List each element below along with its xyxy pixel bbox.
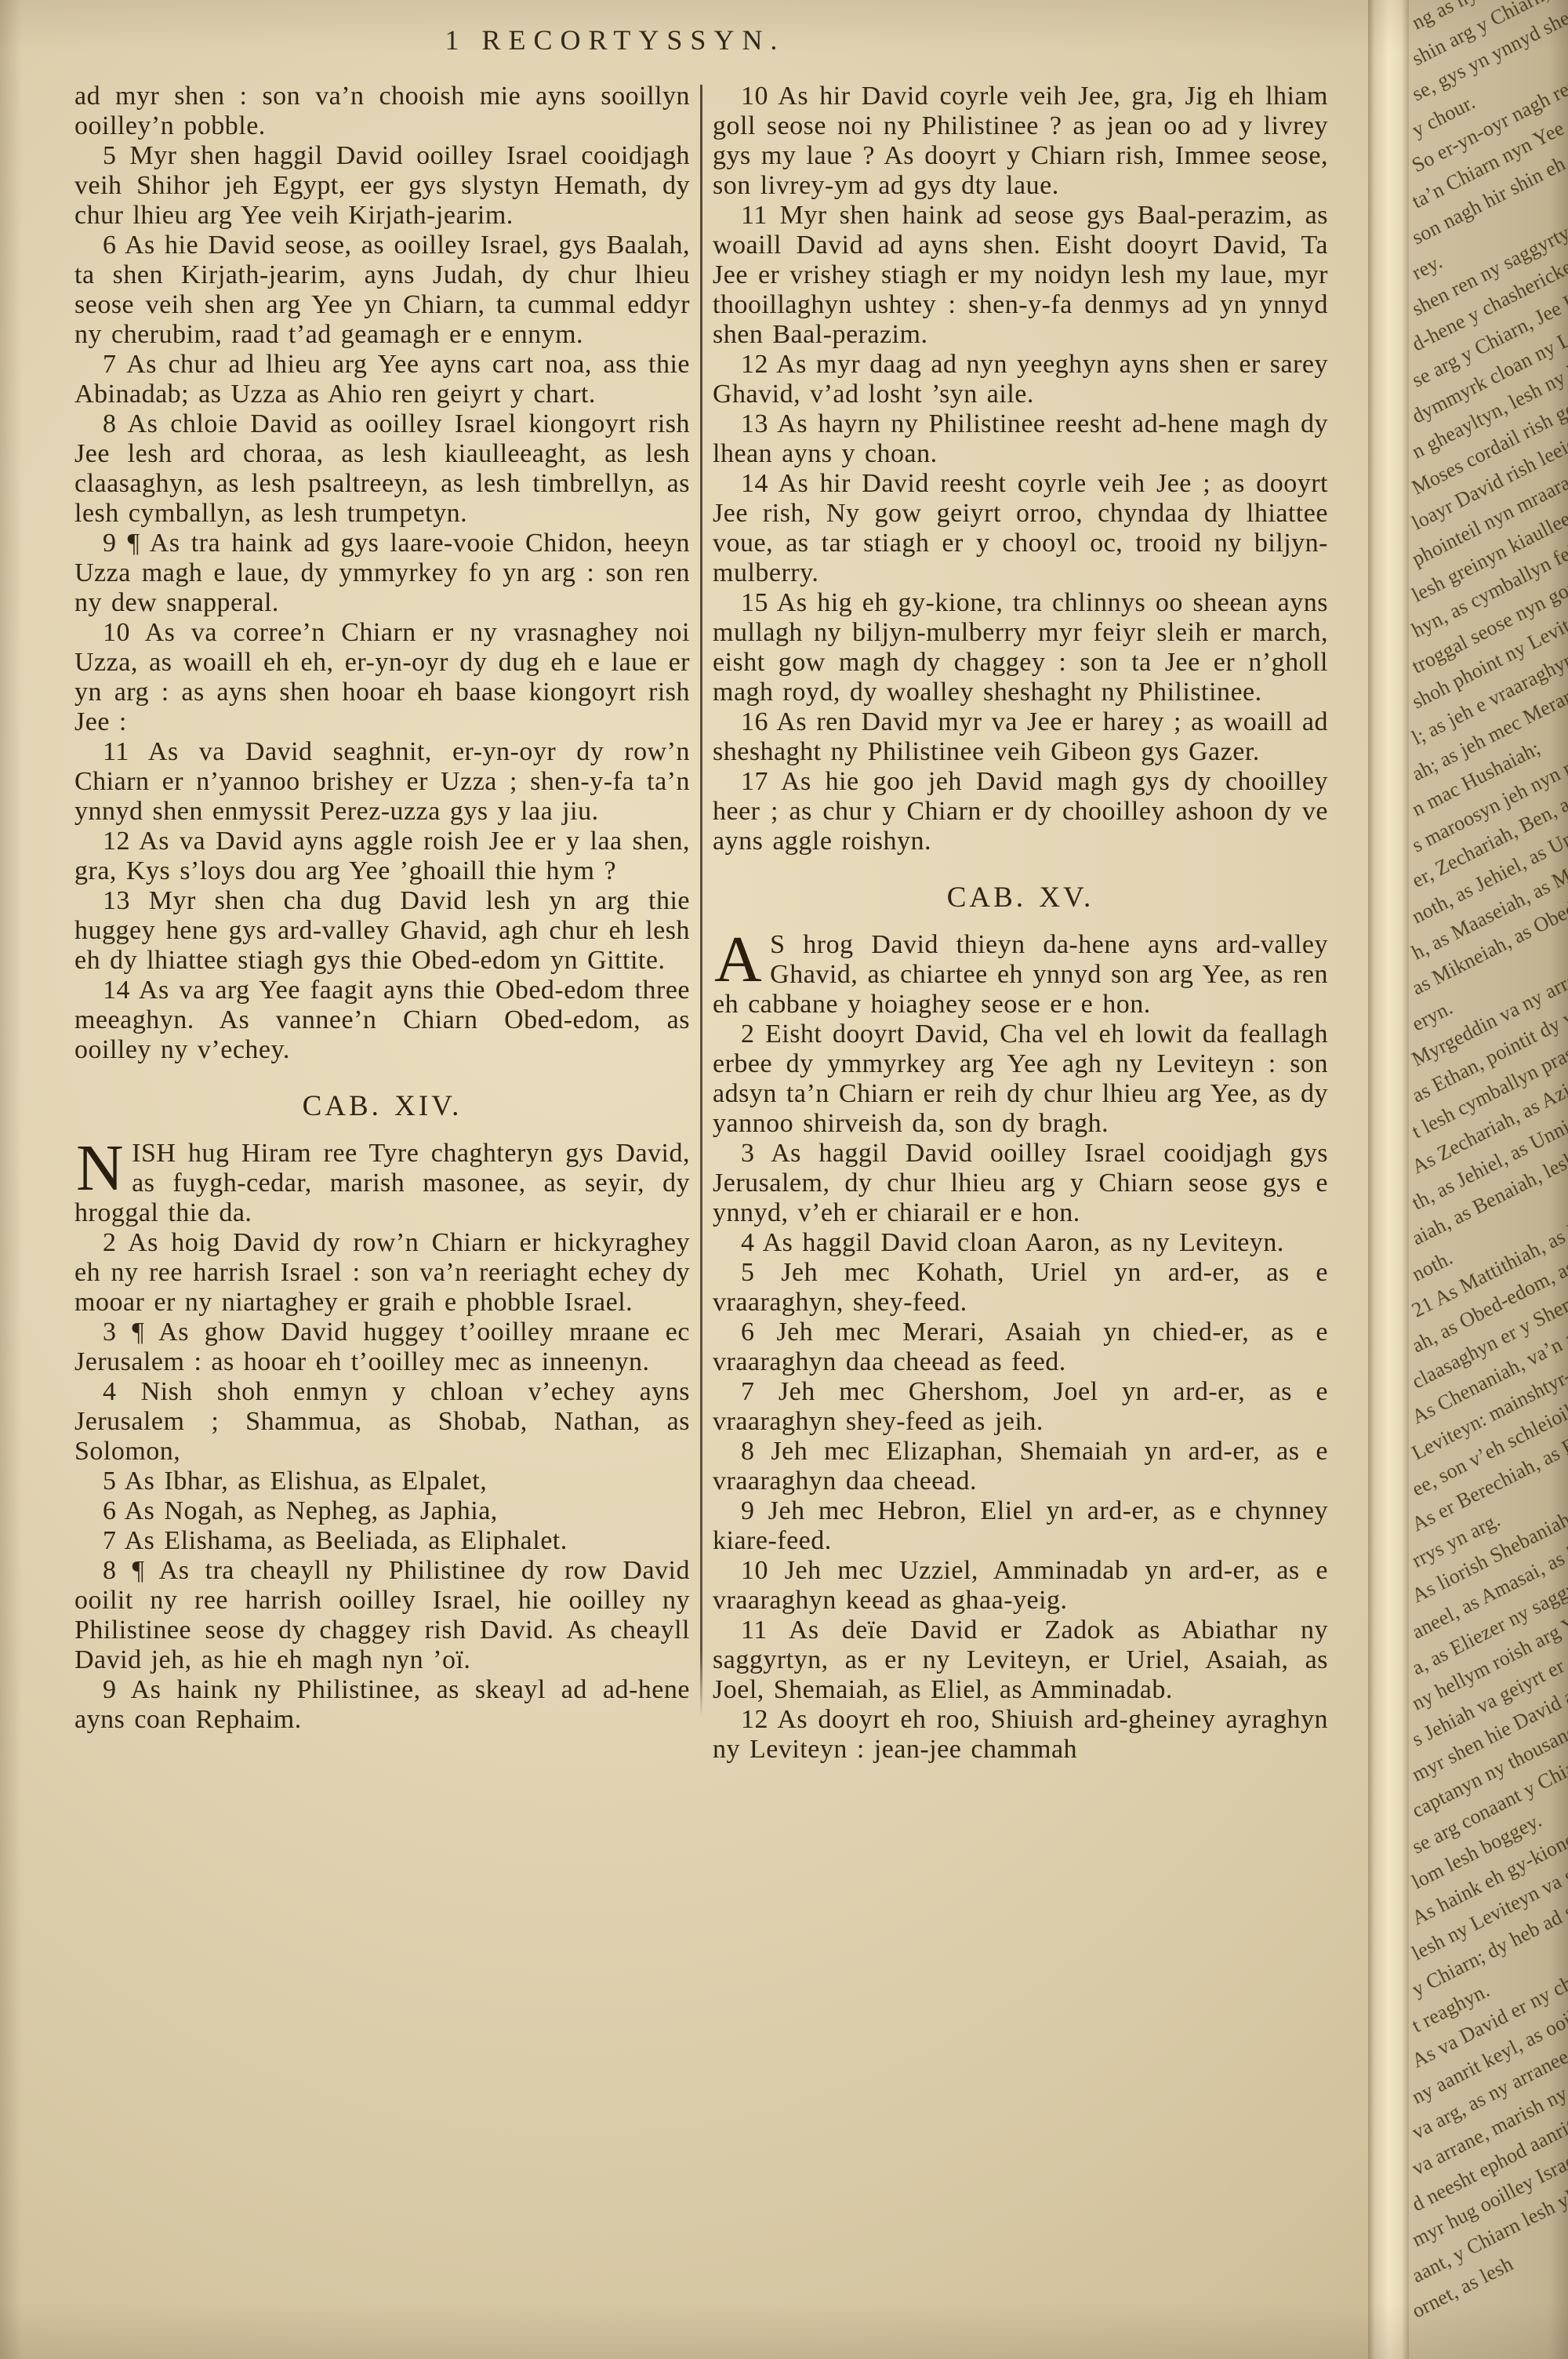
verse-paragraph: 3 As haggil David ooilley Israel cooidja… [713, 1139, 1328, 1228]
verse-paragraph: 9 Jeh mec Hebron, Eliel yn ard-er, as e … [713, 1496, 1328, 1556]
text-columns: ad myr shen : son va’n chooish mie ayns … [74, 82, 1333, 1765]
verse-paragraph: 12 As dooyrt eh roo, Shiuish ard-gheiney… [713, 1705, 1328, 1765]
verse-paragraph: 17 As hie goo jeh David magh gys dy choo… [713, 767, 1328, 856]
verse-paragraph: 4 Nish shoh enmyn y chloan v’echey ayns … [74, 1377, 690, 1467]
verse-paragraph: 11 Myr shen haink ad seose gys Baal-pera… [713, 201, 1328, 350]
drop-cap-lead: ISH [132, 1139, 188, 1168]
verse-paragraph: 13 Myr shen cha dug David lesh yn arg th… [74, 886, 690, 976]
verse-paragraph: 7 As chur ad lhieu arg Yee ayns cart noa… [74, 350, 690, 409]
continuation-paragraph: ad myr shen : son va’n chooish mie ayns … [74, 82, 690, 141]
verse-paragraph: 6 Jeh mec Merari, Asaiah yn chied-er, as… [713, 1318, 1328, 1377]
next-page-fragment: rey. [1409, 250, 1446, 285]
verse-paragraph: 4 As haggil David cloan Aaron, as ny Lev… [713, 1228, 1328, 1258]
verse-paragraph: 16 As ren David myr va Jee er harey ; as… [713, 707, 1328, 767]
chapter-heading: CAB. XIV. [74, 1092, 690, 1121]
verse-paragraph: 5 Myr shen haggil David ooilley Israel c… [74, 141, 690, 231]
verse-paragraph: 10 Jeh mec Uzziel, Amminadab yn ard-er, … [713, 1556, 1328, 1616]
verse-paragraph: NISH hug Hiram ree Tyre chaghteryn gys D… [74, 1139, 690, 1228]
verse-paragraph: 10 As hir David coyrle veih Jee, gra, Ji… [713, 82, 1328, 201]
verse-paragraph: 5 As Ibhar, as Elishua, as Elpalet, [74, 1467, 690, 1496]
verse-paragraph: 6 As hie David seose, as ooilley Israel,… [74, 231, 690, 350]
drop-cap-lead: S [770, 930, 803, 959]
column-divider [700, 85, 702, 1717]
verse-paragraph: 9 As haink ny Philistinee, as skeayl ad … [74, 1675, 690, 1735]
next-page-sliver: ng as nyn mraashin arg y Chiarn, Jee Isr… [1409, 0, 1568, 2359]
page-fore-edge [1368, 0, 1409, 2359]
book-page-photo: 1 RECORTYSSYN. ad myr shen : son va’n ch… [0, 0, 1568, 2359]
running-head: 1 RECORTYSSYN. [0, 24, 1299, 56]
verse-paragraph: 13 As hayrn ny Philistinee reesht ad-hen… [713, 409, 1328, 469]
verse-paragraph: 7 As Elishama, as Beeliada, as Eliphalet… [74, 1526, 690, 1556]
drop-cap-letter: A [713, 930, 770, 985]
verse-paragraph: 14 As va arg Yee faagit ayns thie Obed-e… [74, 976, 690, 1065]
left-page: 1 RECORTYSSYN. ad myr shen : son va’n ch… [0, 0, 1368, 2359]
verse-paragraph: 8 ¶ As tra cheayll ny Philistinee dy row… [74, 1556, 690, 1675]
verse-paragraph: 11 As va David seaghnit, er-yn-oyr dy ro… [74, 737, 690, 827]
text-column-right: 10 As hir David coyrle veih Jee, gra, Ji… [713, 82, 1328, 1765]
verse-paragraph: 8 As chloie David as ooilley Israel kion… [74, 409, 690, 529]
verse-paragraph: 7 Jeh mec Ghershom, Joel yn ard-er, as e… [713, 1377, 1328, 1437]
verse-paragraph: AS hrog David thieyn da-hene ayns ard-va… [713, 930, 1328, 1020]
verse-paragraph: 11 As deïe David er Zadok as Abiathar ny… [713, 1616, 1328, 1705]
verse-paragraph: 5 Jeh mec Kohath, Uriel yn ard-er, as e … [713, 1258, 1328, 1318]
verse-paragraph: 2 As hoig David dy row’n Chiarn er hicky… [74, 1228, 690, 1318]
verse-paragraph: 10 As va corree’n Chiarn er ny vrasnaghe… [74, 618, 690, 737]
text-column-left: ad myr shen : son va’n chooish mie ayns … [74, 82, 690, 1765]
verse-paragraph: 12 As va David ayns aggle roish Jee er y… [74, 827, 690, 886]
verse-paragraph: 12 As myr daag ad nyn yeeghyn ayns shen … [713, 350, 1328, 409]
chapter-heading: CAB. XV. [713, 883, 1328, 913]
drop-cap-letter: N [74, 1139, 132, 1194]
verse-paragraph: 8 Jeh mec Elizaphan, Shemaiah yn ard-er,… [713, 1437, 1328, 1496]
verse-paragraph: 3 ¶ As ghow David huggey t’ooilley mraan… [74, 1318, 690, 1377]
verse-paragraph: 9 ¶ As tra haink ad gys laare-vooie Chid… [74, 529, 690, 618]
verse-paragraph: 6 As Nogah, as Nepheg, as Japhia, [74, 1496, 690, 1526]
verse-paragraph: 2 Eisht dooyrt David, Cha vel eh lowit d… [713, 1020, 1328, 1139]
verse-paragraph: 15 As hig eh gy-kione, tra chlinnys oo s… [713, 588, 1328, 707]
verse-paragraph: 14 As hir David reesht coyrle veih Jee ;… [713, 469, 1328, 588]
